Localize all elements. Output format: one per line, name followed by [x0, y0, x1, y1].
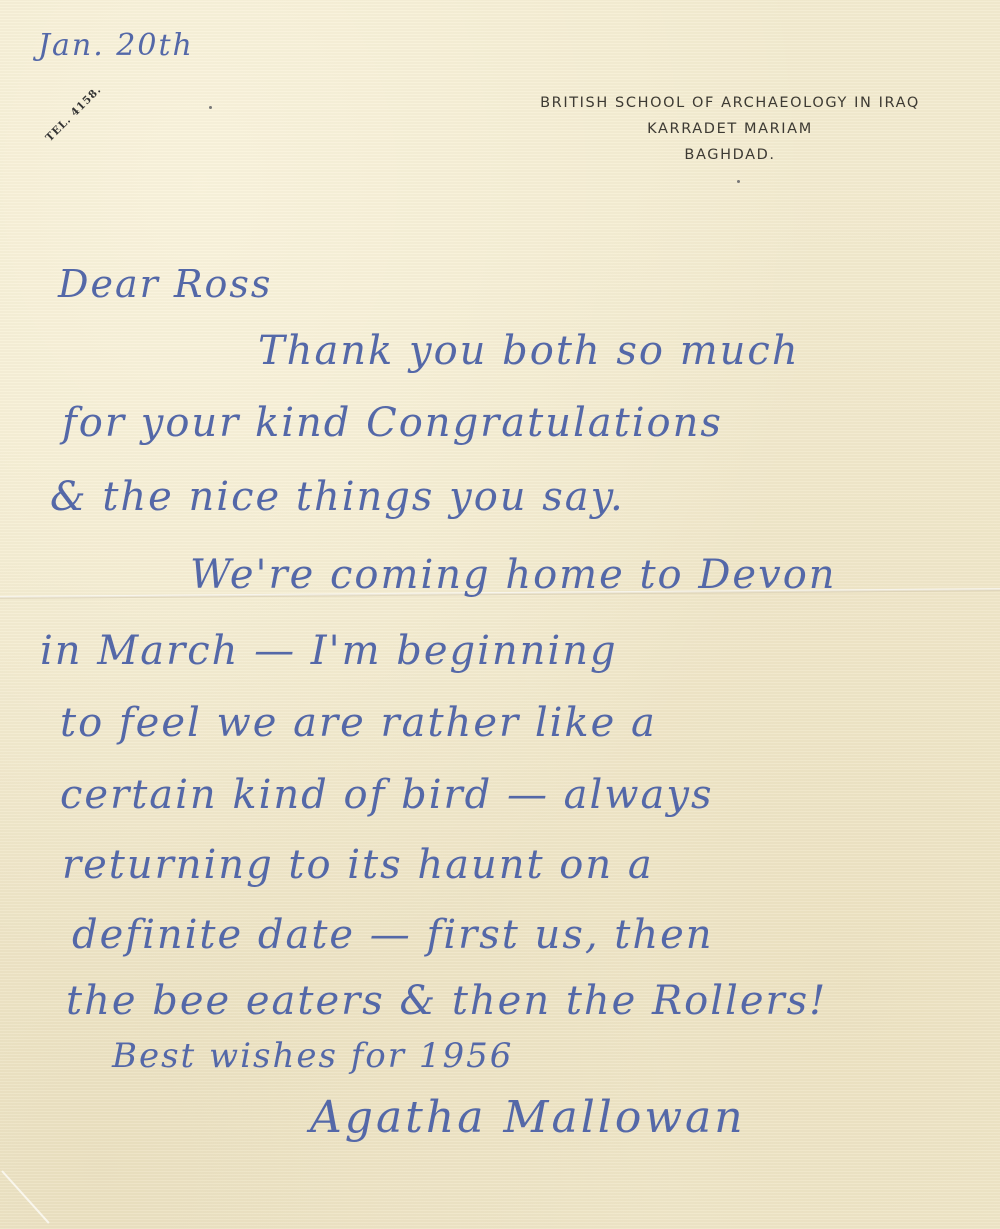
body-line: for your kind Congratulations	[62, 400, 723, 446]
salutation: Dear Ross	[58, 262, 272, 306]
signature: Agatha Mallowan	[310, 1092, 746, 1143]
body-line: in March — I'm beginning	[40, 628, 618, 674]
letter-page: TEL. 4158. BRITISH SCHOOL OF ARCHAEOLOGY…	[0, 0, 1000, 1229]
body-line: definite date — first us, then	[72, 912, 714, 958]
telephone-stamp: TEL. 4158.	[44, 84, 104, 144]
letterhead: BRITISH SCHOOL OF ARCHAEOLOGY IN IRAQ KA…	[460, 90, 1000, 168]
letter-date: Jan. 20th	[38, 28, 194, 63]
paper-speck	[737, 180, 740, 183]
body-line: Thank you both so much	[258, 328, 800, 374]
body-line: & the nice things you say.	[50, 474, 625, 520]
paper-speck	[209, 106, 212, 109]
letterhead-institution: BRITISH SCHOOL OF ARCHAEOLOGY IN IRAQ	[460, 90, 1000, 116]
letterhead-district: KARRADET MARIAM	[460, 116, 1000, 142]
letterhead-city: BAGHDAD.	[460, 142, 1000, 168]
closing: Best wishes for 1956	[112, 1036, 513, 1076]
body-line: We're coming home to Devon	[190, 552, 837, 598]
body-line: certain kind of bird — always	[60, 772, 714, 818]
body-line: the bee eaters & then the Rollers!	[66, 978, 827, 1024]
corner-crease	[1, 1170, 49, 1223]
body-line: to feel we are rather like a	[60, 700, 657, 746]
body-line: returning to its haunt on a	[62, 842, 654, 888]
